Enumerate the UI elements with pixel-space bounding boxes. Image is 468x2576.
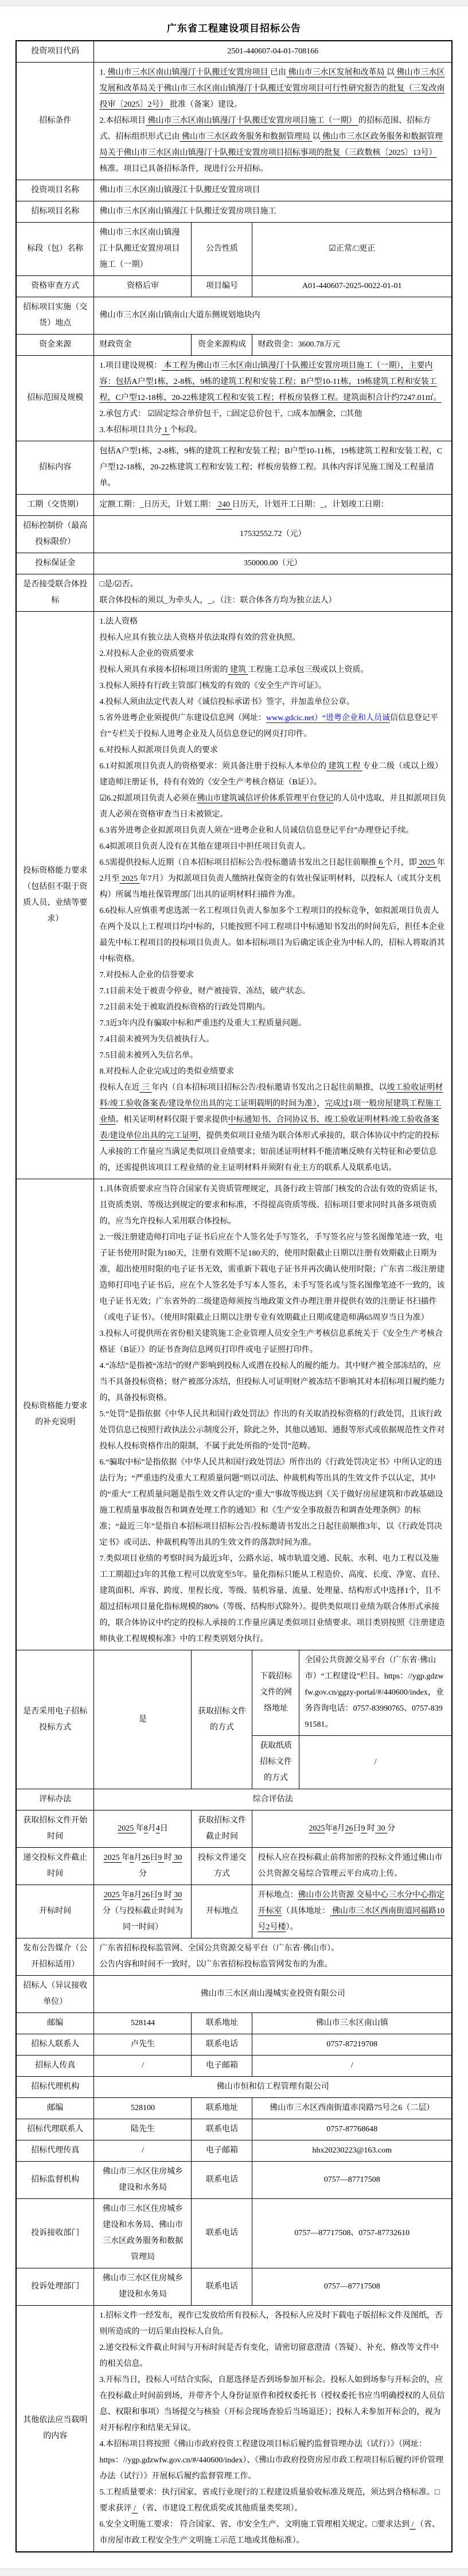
value-announcement-media: 广东省招标投标监管网、全国公共资源交易平台（广东省·佛山市）。公告内容和时间不一…	[94, 1938, 452, 1976]
label-tenderer-fax: 招标人传真	[16, 2056, 94, 2077]
value-complaint-receive-phone: 0757—87717508、0757-87732610	[252, 2199, 452, 2268]
label-tenderer-postcode: 邮编	[16, 2013, 94, 2034]
paragraph: 3.投标人可提供所在省份相关建筑施工企业管理人员安全生产考核信息系统关于《安全生…	[99, 1326, 446, 1358]
row-supplementary-notes: 投标资格能力要求的补充说明 1.具体资质要求应当符合国家有关资质管理规定，具备行…	[16, 1179, 452, 1650]
paragraph: 6.6投标人应慎重考虑选派一名工程项目负责人参加多个工程项目的投标竞争，如拟派项…	[99, 903, 446, 968]
row-duration: 工期（交货期） 定额工期：_日历天，计划工期： 240 日历天，计划开工日期：_…	[16, 495, 452, 516]
value-complaint-receive: 佛山市三水区住房城乡建设和水务局、佛山市三水区政务服务和数据管理局	[94, 2199, 192, 2268]
row-fund-source: 资金来源 财政资金 资金来源构成 财政资金：3600.78万元	[16, 335, 452, 356]
row-agency: 招标代理机构 佛山市恒和信工程管理有限公司	[16, 2077, 452, 2098]
value-tenderer-phone: 0757-87219708	[252, 2034, 452, 2056]
paragraph: 投标人应具有独立法人资格并依法取得有效的营业执照。	[99, 630, 446, 646]
value-complaint-handle: 佛山市三水区住房城乡建设和水务局	[94, 2268, 192, 2306]
label-agency-email: 电子邮箱	[192, 2140, 252, 2162]
value-tenderer-contact: 卢先生	[94, 2034, 192, 2056]
value-section-package: 佛山市三水区南山镇漫江十队搬迁安置房项目施工（一期）	[94, 223, 192, 276]
label-other-contents: 其他依法应当载明的内容	[16, 2306, 94, 2552]
value-agency-fax: /	[94, 2140, 192, 2162]
value-scope-scale: 1.项目建设规模： 本工程为佛山市三水区南山镇漫汀十队搬迁安置房项目施工（一期）…	[94, 356, 452, 441]
paragraph: 联合体投标的须以_为牵头人，_。（注：联合体各方均为独立法人）	[99, 593, 446, 609]
paragraph: 5.工程质量要求：执行国家、省或行业现行的工程建设质量验收标准及规范，须达到合格…	[99, 2485, 446, 2517]
label-tenderer-phone: 联系电话	[192, 2034, 252, 2056]
paragraph: 6.5需提供投标人近期（自本招标项目招标公告/投标邀请书发出之日起往前顺推 6 …	[99, 855, 446, 903]
label-opening-place: 开标地点	[192, 1885, 252, 1938]
label-evaluation-method: 评标办法	[16, 1789, 94, 1810]
label-notice-nature: 公告性质	[192, 223, 252, 276]
row-tenderer-fax: 招标人传真 / 电子邮箱 /	[16, 2056, 452, 2077]
row-section-package: 标段（包）名称 佛山市三水区南山镇漫江十队搬迁安置房项目施工（一期） 公告性质 …	[16, 223, 452, 276]
label-supplementary-notes: 投标资格能力要求的补充说明	[16, 1179, 94, 1650]
label-supervisor: 招标监督机构	[16, 2162, 94, 2199]
browser-bottom-strip	[0, 2569, 468, 2576]
label-announcement-media: 发布公告媒介（公开招标适用）	[16, 1938, 94, 1976]
label-agency-contact: 招标代理联系人	[16, 2119, 94, 2140]
paragraph: 7.对投标人企业的信誉要求	[99, 968, 446, 984]
row-tenderer: 招标人（异议接收单位） 佛山市三水区南山漫城实业投资有限公司	[16, 1976, 452, 2013]
paragraph: 投标人须具有承接本招标项目所需的 建筑 工程施工总承包三级或以上资质。	[99, 662, 446, 678]
value-qualification-method: 资格后审	[94, 276, 192, 297]
label-qualification-method: 资格审查方式	[16, 276, 94, 297]
paragraph: 6.对投标人拟派项目负责人的要求	[99, 743, 446, 759]
label-fund-source: 资金来源	[16, 335, 94, 356]
row-announcement-media: 发布公告媒介（公开招标适用） 广东省招标投标监管网、全国公共资源交易平台（广东省…	[16, 1938, 452, 1976]
label-doc-obtain-method: 获取招标文件的方式	[192, 1650, 252, 1789]
value-fund-source: 财政资金	[94, 335, 192, 356]
value-delivery-location: 佛山市三水区南山镇南山大道东侧规划地块内	[94, 297, 452, 335]
value-supervisor: 佛山市三水区住房城乡建设和水务局	[94, 2162, 192, 2199]
value-submit-method: 投标人应在投标截止前将加密的投标文件通过佛山市公共资源交易综合管理云平台成功上传…	[252, 1848, 452, 1885]
row-consortium: 是否接受联合体投标 □是/☑否。联合体投标的须以_为牵头人，_。（注：联合体各方…	[16, 574, 452, 612]
row-agency-fax: 招标代理传真 / 电子邮箱 hhx20230223@163.com	[16, 2140, 452, 2162]
row-tender-name: 招标项目名称 佛山市三水区南山镇漫江十队搬迁安置房项目施工	[16, 201, 452, 223]
paragraph: 5.省外进粤企业须提供广东建设信息网（网址：www.gdcic.net）“进粤企…	[99, 710, 446, 743]
page-title: 广东省工程建设项目招标公告	[0, 20, 468, 34]
paragraph: 7.5目前未被列入失信名单。	[99, 1048, 446, 1064]
row-investment-name: 投资项目名称 佛山市三水区南山镇漫江十队搬迁安置房项目	[16, 180, 452, 201]
paragraph: 4.本招标项目将按照《佛山市政府投资工程建设项目标后履约监督管理办法（试行）》（…	[99, 2437, 446, 2485]
value-tenderer-fax: /	[94, 2056, 192, 2077]
paragraph: 7.4目前未被列为失信被执行人。	[99, 1032, 446, 1048]
value-tenderer: 佛山市三水区南山漫城实业投资有限公司	[94, 1976, 452, 2013]
paragraph: 1.法人资格	[99, 614, 446, 630]
value-fund-composition: 财政资金：3600.78万元	[252, 335, 452, 356]
value-agency-postcode: 528100	[94, 2098, 192, 2119]
paragraph: 1.招标文件一经发布，视作已发放给所有投标人，各投标人应及时下载电子版招标文件及…	[99, 2308, 446, 2340]
paragraph: 3.本招标项目共分 1 个标段。	[99, 422, 446, 438]
value-paper-doc-method: /	[299, 1736, 452, 1789]
label-duration: 工期（交货期）	[16, 495, 94, 516]
link[interactable]: www.gdcic.net）“进粤企业和人员诚	[266, 714, 390, 722]
row-qualification-requirements: 投标资格能力要求（包括但不限于资质人员、业绩等要求） 1.法人资格投标人应具有独…	[16, 612, 452, 1179]
value-tender-conditions: 1. 佛山市三水区南山镇漫汀十队搬迁安置房项目 已由 佛山市三水区发展和改革局 …	[94, 63, 452, 180]
value-duration: 定额工期：_日历天，计划工期： 240 日历天，计划开工日期：_，计划竣工日期：	[94, 495, 452, 516]
label-download-url: 下载招标文件的网络地址	[252, 1650, 299, 1736]
value-agency-email: hhx20230223@163.com	[252, 2140, 452, 2162]
row-complaint-handle: 投诉处理部门 佛山市三水区住房城乡建设和水务局 联系电话 0757—877175…	[16, 2268, 452, 2306]
label-control-price: 招标控制价（最高投标限价）	[16, 516, 94, 553]
label-doc-end-time: 获取招标文件截止时间	[192, 1810, 252, 1848]
paragraph: ☑6.2拟派项目负责人必须在佛山市建筑诚信评价体系管理平台登记的人员中选取，并且…	[99, 791, 446, 823]
paragraph: 2.一级注册建造师打印电子证书后应在个人签名处手写签名，手写签名应与签名图像笔迹…	[99, 1230, 446, 1326]
label-agency-fax: 招标代理传真	[16, 2140, 94, 2162]
paragraph: 1. 佛山市三水区南山镇漫汀十队搬迁安置房项目 已由 佛山市三水区发展和改革局 …	[99, 65, 446, 113]
value-opening-time: 2025 年8月26日9 时 30 分（与投标截止时间为同一时间）	[94, 1885, 192, 1938]
paragraph: 广东省招标投标监管网、全国公共资源交易平台（广东省·佛山市）。	[99, 1941, 446, 1957]
value-qualification-requirements: 1.法人资格投标人应具有独立法人资格并依法取得有效的营业执照。2.对投标人企业的…	[94, 612, 452, 1179]
value-control-price: 17532552.72（元）	[94, 516, 452, 553]
label-tenderer-address: 联系地址	[192, 2013, 252, 2034]
label-tenderer: 招标人（异议接收单位）	[16, 1976, 94, 2013]
row-bid-bond: 投标保证金 350000.00（元）	[16, 553, 452, 574]
row-tender-conditions: 招标条件 1. 佛山市三水区南山镇漫汀十队搬迁安置房项目 已由 佛山市三水区发展…	[16, 63, 452, 180]
paragraph: 8.对投标人企业完成过的类似业绩要求	[99, 1064, 446, 1080]
value-investment-code: 2501-440607-04-01-708166	[94, 41, 452, 63]
label-supervisor-phone: 联系电话	[192, 2162, 252, 2199]
value-complaint-handle-phone: 0757—87717508	[252, 2268, 452, 2306]
value-tenderer-postcode: 528144	[94, 2013, 192, 2034]
label-tender-name: 招标项目名称	[16, 201, 94, 223]
row-e-bidding: 是否采用电子招标投标方式 是 获取招标文件的方式 下载招标文件的网络地址 全国公…	[16, 1650, 452, 1736]
value-notice-nature: ☑正常/□更正	[252, 223, 452, 276]
label-agency-phone: 联系电话	[192, 2119, 252, 2140]
row-tenderer-postcode: 邮编 528144 联系地址 佛山市三水区南山镇	[16, 2013, 452, 2034]
label-investment-code: 投资项目代码	[16, 41, 94, 63]
value-e-bidding: 是	[94, 1650, 192, 1789]
paragraph: 6.4拟派项目负责人没有在其他在建项目中担任项目负责人。	[99, 839, 446, 855]
paragraph: 包括A户型1栋，2-8栋，9栋的建筑工程和安装工程；B户型10-11栋，19栋建…	[99, 444, 446, 492]
paragraph: 7.2目前未处于被取消投标资格的行政处罚期内。	[99, 1000, 446, 1016]
row-submit-deadline: 递交投标文件截止时间 2025 年8月26日9 时 30 分 投标文件递交方式 …	[16, 1848, 452, 1885]
paragraph: 3.开标当日，投标人可结合实际，自愿选择是否到场参加开标会。投标人如到场参与开标…	[99, 2372, 446, 2437]
label-consortium: 是否接受联合体投标	[16, 574, 94, 612]
paragraph: 2.递交投标文件截止时间与开标时间是否有变化，请密切留意澄清（答疑）、补充、修改…	[99, 2340, 446, 2372]
paragraph: 2.本招标项目 佛山市三水区南山镇漫汀十队搬迁安置房项目施工（一期） 的招标范围…	[99, 113, 446, 177]
label-project-number: 项目编号	[192, 276, 252, 297]
row-investment-code: 投资项目代码 2501-440607-04-01-708166	[16, 41, 452, 63]
paragraph: 7.类似项目业绩的考察时间为最近3年，公路水运、城市轨道交通、民航、水利、电力工…	[99, 1551, 446, 1648]
row-control-price: 招标控制价（最高投标限价） 17532552.72（元）	[16, 516, 452, 553]
label-complaint-handle: 投诉处理部门	[16, 2268, 94, 2306]
row-agency-contact: 招标代理联系人 陆先生 联系电话 0757-87768648	[16, 2119, 452, 2140]
label-tender-conditions: 招标条件	[16, 63, 94, 180]
label-agency-postcode: 邮编	[16, 2098, 94, 2119]
browser-top-strip	[0, 0, 468, 6]
row-opening: 开标时间 2025 年8月26日9 时 30 分（与投标截止时间为同一时间） 开…	[16, 1885, 452, 1938]
label-fund-composition: 资金来源构成	[192, 335, 252, 356]
row-tenderer-contact: 招标人联系人 卢先生 联系电话 0757-87219708	[16, 2034, 452, 2056]
row-complaint-receive: 投诉接收部门 佛山市三水区住房城乡建设和水务局、佛山市三水区政务服务和数据管理局…	[16, 2199, 452, 2268]
value-opening-place: 开标地点：佛山市公共资源 交易中心三水分中心指定开标室（具体地址： 佛山市三水区…	[252, 1885, 452, 1938]
paragraph: 7.1目前未处于被责令停业，财产被接管、冻结，破产状态。	[99, 984, 446, 1000]
value-evaluation-method: 综合评估法	[94, 1789, 452, 1810]
paragraph: 投标人在近 三 年内（自本招标项目招标公告/投标邀请书发出之日起往前顺推，以竣工…	[99, 1080, 446, 1176]
label-investment-name: 投资项目名称	[16, 180, 94, 201]
row-delivery-location: 招标项目实施（交货）地点 佛山市三水区南山镇南山大道东侧规划地块内	[16, 297, 452, 335]
paragraph: 1.项目建设规模： 本工程为佛山市三水区南山镇漫汀十队搬迁安置房项目施工（一期）…	[99, 358, 446, 406]
label-complaint-receive: 投诉接收部门	[16, 2199, 94, 2268]
label-submit-method: 投标文件递交方式	[192, 1848, 252, 1885]
label-section-package: 标段（包）名称	[16, 223, 94, 276]
paragraph: 7.3近3年内没有骗取中标和严重违约及重大工程质量问题。	[99, 1016, 446, 1032]
paragraph: 2.承包方式： ☑固定综合单价包干，□固定总价包干，□成本加酬金，□其他	[99, 406, 446, 422]
label-qualification-requirements: 投标资格能力要求（包括但不限于资质人员、业绩等要求）	[16, 612, 94, 1179]
tender-announcement-table: 投资项目代码 2501-440607-04-01-708166 招标条件 1. …	[15, 40, 453, 2552]
paragraph: □是/☑否。	[99, 577, 446, 593]
value-project-number: A01-440607-2025-0022-01-01	[252, 276, 452, 297]
paragraph: 1.具体资质要求应当符合国家有关资质管理规定，具备行政主管部门核发的合法有效的资…	[99, 1182, 446, 1230]
value-tender-content: 包括A户型1栋，2-8栋，9栋的建筑工程和安装工程；B户型10-11栋，19栋建…	[94, 441, 452, 495]
label-tenderer-contact: 招标人联系人	[16, 2034, 94, 2056]
row-other-contents: 其他依法应当载明的内容 1.招标文件一经发布，视作已发放给所有投标人，各投标人应…	[16, 2306, 452, 2552]
row-tender-content: 招标内容 包括A户型1栋，2-8栋，9栋的建筑工程和安装工程；B户型10-11栋…	[16, 441, 452, 495]
value-supplementary-notes: 1.具体资质要求应当符合国家有关资质管理规定，具备行政主管部门核发的合法有效的资…	[94, 1179, 452, 1650]
row-scope-scale: 招标范围及规模 1.项目建设规模： 本工程为佛山市三水区南山镇漫汀十队搬迁安置房…	[16, 356, 452, 441]
value-doc-start-time: 2025 年8月4日	[94, 1810, 192, 1848]
label-bid-bond: 投标保证金	[16, 553, 94, 574]
label-complaint-handle-phone: 联系电话	[192, 2268, 252, 2306]
value-supervisor-phone: 0757—87717508	[252, 2162, 452, 2199]
value-tenderer-address: 佛山市三水区南山镇	[252, 2013, 452, 2034]
value-agency-address: 佛山市三水区西南街道赤岗路75号之6（二层）	[252, 2098, 452, 2119]
row-qualification-method: 资格审查方式 资格后审 项目编号 A01-440607-2025-0022-01…	[16, 276, 452, 297]
label-tenderer-email: 电子邮箱	[192, 2056, 252, 2077]
row-supervisor: 招标监督机构 佛山市三水区住房城乡建设和水务局 联系电话 0757—877175…	[16, 2162, 452, 2199]
label-submit-deadline: 递交投标文件截止时间	[16, 1848, 94, 1885]
label-scope-scale: 招标范围及规模	[16, 356, 94, 441]
value-bid-bond: 350000.00（元）	[94, 553, 452, 574]
label-complaint-receive-phone: 联系电话	[192, 2199, 252, 2268]
paragraph: 2.对投标人企业的资质要求	[99, 646, 446, 662]
label-paper-doc-method: 获取纸质招标文件的方式	[252, 1736, 299, 1789]
value-other-contents: 1.招标文件一经发布，视作已发放给所有投标人，各投标人应及时下载电子版招标文件及…	[94, 2306, 452, 2552]
paragraph: 4.“冻结”是指被“冻结”的财产影响到投标人或潜在投标人的履约能力。其中财产被全…	[99, 1358, 446, 1406]
value-doc-end-time: 2025年8月26日9 时 30 分	[252, 1810, 452, 1848]
paragraph: 3.投标人须持有行政主管部门核发的有效的《安全生产许可证》。	[99, 678, 446, 694]
row-doc-time: 获取招标文件开始时间 2025 年8月4日 获取招标文件截止时间 2025年8月…	[16, 1810, 452, 1848]
paragraph: 6.3省外进粤企业拟派项目负责人须在“进粤企业和人员诚信信息登记平台”办理登记手…	[99, 823, 446, 839]
value-submit-deadline: 2025 年8月26日9 时 30 分	[94, 1848, 192, 1885]
value-agency-contact: 陆先生	[94, 2119, 192, 2140]
paragraph: 6.1对拟派项目负责人的资格要求：须具备注册于投标人本单位的 建筑工程 专业二级…	[99, 759, 446, 791]
value-agency: 佛山市恒和信工程管理有限公司	[94, 2077, 452, 2098]
value-tenderer-email: /	[252, 2056, 452, 2077]
paragraph: 6.“骗取中标”是指依据《中华人民共和国行政处罚法》所作出的《行政处罚决定书》中…	[99, 1455, 446, 1551]
paragraph: 6.安全文明施工要求： 符合国家、省、市安全生产、文明施工管理相关规定。□要求达…	[99, 2517, 446, 2549]
value-consortium: □是/☑否。联合体投标的须以_为牵头人，_。（注：联合体各方均为独立法人）	[94, 574, 452, 612]
row-agency-postcode: 邮编 528100 联系地址 佛山市三水区西南街道赤岗路75号之6（二层）	[16, 2098, 452, 2119]
paragraph: 4.投标人须由法定代表人对《诚信投标承诺书》签字，并加盖单位公章。	[99, 694, 446, 710]
label-doc-start-time: 获取招标文件开始时间	[16, 1810, 94, 1848]
row-evaluation-method: 评标办法 综合评估法	[16, 1789, 452, 1810]
label-e-bidding: 是否采用电子招标投标方式	[16, 1650, 94, 1789]
value-agency-phone: 0757-87768648	[252, 2119, 452, 2140]
label-delivery-location: 招标项目实施（交货）地点	[16, 297, 94, 335]
label-agency: 招标代理机构	[16, 2077, 94, 2098]
value-tender-name: 佛山市三水区南山镇漫江十队搬迁安置房项目施工	[94, 201, 452, 223]
label-tender-content: 招标内容	[16, 441, 94, 495]
value-investment-name: 佛山市三水区南山镇漫江十队搬迁安置房项目	[94, 180, 452, 201]
paragraph: 公告内容和时间不一致时，以广东省招标投标监管网发布的为准。	[99, 1957, 446, 1973]
label-opening-time: 开标时间	[16, 1885, 94, 1938]
value-download-url: 全国公共资源交易平台（广东省·佛山市）“工程建设”栏目。https：//ygp.…	[299, 1650, 452, 1736]
paragraph: 5.“处罚”是指依据《中华人民共和国行政处罚法》作出的有关取消投标资格的行政处罚…	[99, 1406, 446, 1455]
label-agency-address: 联系地址	[192, 2098, 252, 2119]
